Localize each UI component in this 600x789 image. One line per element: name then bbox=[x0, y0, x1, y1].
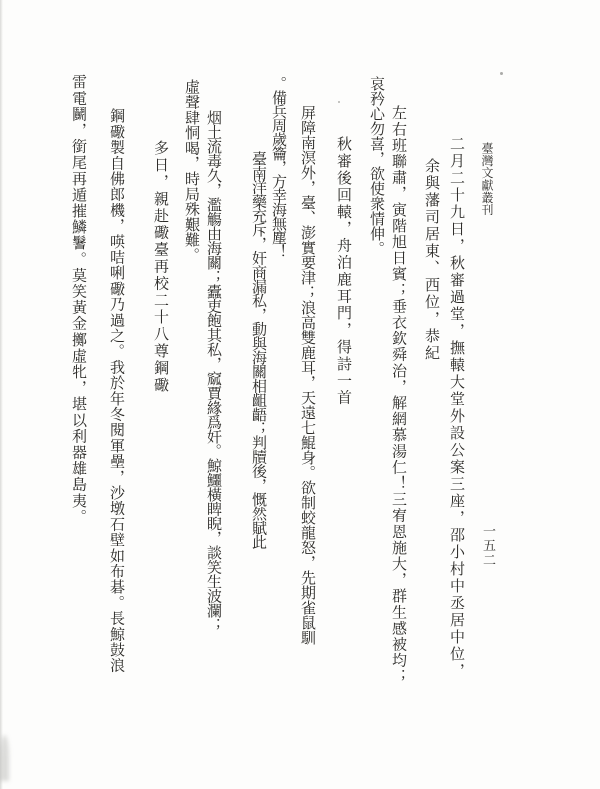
scan-edge-shadow bbox=[0, 0, 3, 789]
poem-3-text-column-2: 虛聲肆恫喝，時局殊艱難。 bbox=[181, 79, 198, 263]
poem-4-text-column-2: 雷電鬭，銜尾再遁摧鱗鬐。莫笑黃金擲虛牝，堪以利器雄島夷。 bbox=[68, 74, 85, 525]
poem-1-text-column-2: 哀矜心勿喜，欲使衆情伸。 bbox=[366, 76, 383, 256]
page-number: 一五二 bbox=[478, 524, 495, 568]
diary-entry-text-column: 二月二十九日，秋審過堂，撫轅大堂外設公案三座，邵小村中丞居中位， bbox=[446, 136, 463, 680]
scan-speck bbox=[338, 101, 340, 103]
series-title: 臺灣文獻叢刊 bbox=[476, 142, 493, 216]
scanned-book-page: 臺灣文獻叢刊 一五二 二月二十九日，秋審過堂，撫轅大堂外設公案三座，邵小村中丞居… bbox=[0, 0, 600, 789]
poem-2-text-column-1: 屏障南溟外，臺、澎實要津；浪高雙鹿耳，天遠七鯤身。欲制蛟龍怒，先期雀鼠馴 bbox=[297, 105, 314, 645]
poem-4-text-column-1: 鋼礮製自佛郎機，𠸄咭唎礮乃過之。我於年冬閱軍壘，沙墩石壁如布碁。長鯨鼓浪 bbox=[106, 108, 123, 673]
poem-2-title-column: 秋審後回轅，舟泊鹿耳門，得詩一首 bbox=[333, 136, 350, 406]
poem-1-text-column-1: 左右班聯肅，寅階旭日賓；垂衣欽舜治，解網慕湯仁！三宥恩施大，群生感被均； bbox=[388, 105, 405, 685]
poem-3-title-column: 臺南洋藥充斥，奸商漏私，動與海關相齟齬；判牘後，慨然賦此 bbox=[248, 151, 265, 549]
diary-entry-attribution-column: 余與藩司居東、西位，恭紀 bbox=[421, 158, 438, 362]
scan-smudge bbox=[0, 735, 9, 781]
poem-3-text-column-1: 烟土流毒久，濫觴由海關；蠹吏飽其私，窳賈緣爲奸。鯨鱷橫睥睨，談笑生波瀾； bbox=[203, 110, 220, 632]
scan-speck bbox=[500, 72, 503, 75]
poem-2-text-column-2: 。備兵周歲籥，方幸海無塵！ bbox=[268, 76, 285, 258]
poem-4-title-column: 多日，親赴礮臺再校二十八尊鋼礮 bbox=[150, 140, 167, 394]
